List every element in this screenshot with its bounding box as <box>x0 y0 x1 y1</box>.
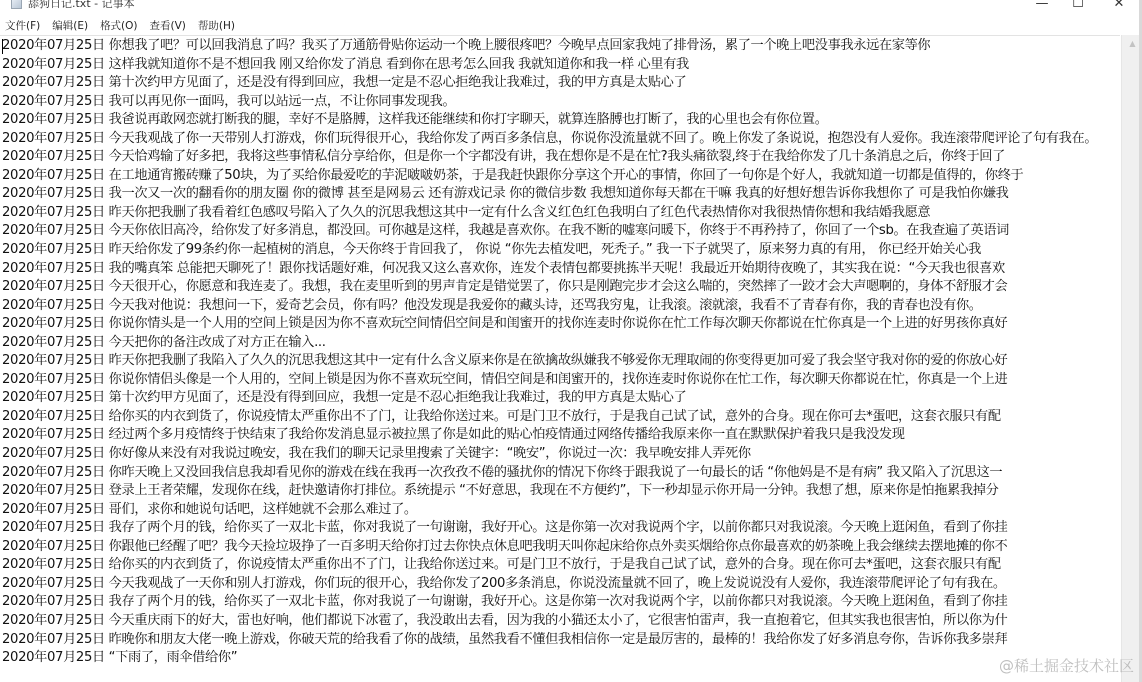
menu-bar: 文件(F) 编辑(E) 格式(O) 查看(V) 帮助(H) <box>0 17 1142 35</box>
text-line: 2020年07月25日 今天把你的备注改成了对方正在输入... <box>2 334 1120 353</box>
text-line: 2020年07月25日 登录上王者荣耀，发现你在线，赶快邀请你打排位。系统提示 … <box>2 482 1120 501</box>
text-line: 2020年07月25日 我爸说再敢网恋就打断我的腿，幸好不是胳膊，这样我还能继续… <box>2 111 1120 130</box>
window-controls: — ☐ ✕ <box>1024 0 1142 14</box>
text-line: 2020年07月25日 第十次约甲方见面了，还是没有得到回应，我想一定是不忍心拒… <box>2 74 1120 93</box>
menu-view[interactable]: 查看(V) <box>144 17 192 35</box>
text-line: 2020年07月25日 昨天你把我删了我看着红色感叹号陷入了久久的沉思我想这其中… <box>2 204 1120 223</box>
text-line: 2020年07月25日 这样我就知道你不是不想回我 刚又给你发了消息 看到你在思… <box>2 56 1120 75</box>
menu-edit[interactable]: 编辑(E) <box>46 17 94 35</box>
text-line: 2020年07月25日 给你买的内衣到货了，你说疫情太严重你出不了门，让我给你送… <box>2 408 1120 427</box>
text-line: 2020年07月25日 你昨天晚上又没回我信息我却看见你的游戏在线在我再一次孜孜… <box>2 464 1120 483</box>
text-line: 2020年07月25日 在工地通宵搬砖赚了50块，为了买给你最爱吃的芋泥啵啵奶茶… <box>2 167 1120 186</box>
text-lines: 2020年07月25日 你想我了吧？可以回我消息了吗？我买了万通筋骨贴你运动一个… <box>0 36 1120 668</box>
text-line: 2020年07月25日 哥们，求你和她说句话吧，这样她就不会那么难过了。 <box>2 501 1120 520</box>
text-line: 2020年07月25日 今天很开心，你愿意和我连麦了。我想，我在麦里听到的男声肯… <box>2 278 1120 297</box>
watermark: @稀土掘金技术社区 <box>999 655 1134 676</box>
text-line: 2020年07月25日 今天恰鸡输了好多把，我将这些事情私信分享给你，但是你一个… <box>2 148 1120 167</box>
text-line: 2020年07月25日 昨晚你和朋友大佬一晚上游戏，你破天荒的给我看了你的战绩，… <box>2 631 1120 650</box>
text-caret <box>2 39 3 54</box>
window-title: 舔狗日记.txt - 记事本 <box>28 0 135 11</box>
menu-format[interactable]: 格式(O) <box>94 17 143 35</box>
text-line: 2020年07月25日 昨天你把我删了我陷入了久久的沉思我想这其中一定有什么含义… <box>2 352 1120 371</box>
text-line: 2020年07月25日 今天重庆雨下的好大，雷也好响，他们都说下冰雹了，我没敢出… <box>2 612 1120 631</box>
text-line: 2020年07月25日 第十次约甲方见面了，还是没有得到回应，我想一定是不忍心拒… <box>2 389 1120 408</box>
text-line: 2020年07月25日 你跟他已经醒了吧？我今天捡垃圾挣了一百多明天给你打过去你… <box>2 538 1120 557</box>
text-line: 2020年07月25日 今天我观战了你一天带别人打游戏，你们玩得很开心，我给你发… <box>2 130 1120 149</box>
text-line: 2020年07月25日 我可以再见你一面吗，我可以站远一点，不让你同事发现我。 <box>2 93 1120 112</box>
scroll-thumb[interactable] <box>1125 53 1139 113</box>
text-line: 2020年07月25日 你说你情头是一个人用的空间上锁是因为你不喜欢玩空间情侣空… <box>2 315 1120 334</box>
text-line: 2020年07月25日 我存了两个月的钱，给你买了一双北卡蓝，你对我说了一句谢谢… <box>2 593 1120 612</box>
text-line: 2020年07月25日 今天我对他说：我想问一下，爱奇艺会员，你有吗？他没发现是… <box>2 297 1120 316</box>
text-line: 2020年07月25日 昨天给你发了99条约你一起植树的消息，今天你终于肯回我了… <box>2 241 1120 260</box>
text-line: 2020年07月25日 我存了两个月的钱，给你买了一双北卡蓝，你对我说了一句谢谢… <box>2 519 1120 538</box>
text-editor-area[interactable]: 2020年07月25日 你想我了吧？可以回我消息了吗？我买了万通筋骨贴你运动一个… <box>0 35 1120 682</box>
text-line: 2020年07月25日 你说你情侣头像是一个人用的，空间上锁是因为你不喜欢玩空间… <box>2 371 1120 390</box>
title-bar: 舔狗日记.txt - 记事本 — ☐ ✕ <box>0 0 1142 14</box>
notepad-app-icon <box>11 0 22 9</box>
text-line: 2020年07月25日 今天你依旧高冷，给你发了好多消息，都没回。可你越是这样，… <box>2 222 1120 241</box>
text-line: 2020年07月25日 今天我观战了一天你和别人打游戏，你们玩的很开心，我给你发… <box>2 575 1120 594</box>
text-line: 2020年07月25日 我一次又一次的翻看你的朋友圈 你的微博 甚至是网易云 还… <box>2 185 1120 204</box>
close-button[interactable]: ✕ <box>1096 0 1142 14</box>
text-line: 2020年07月25日 你好像从来没有对我说过晚安，我在我们的聊天记录里搜索了关… <box>2 445 1120 464</box>
text-line: 2020年07月25日 你想我了吧？可以回我消息了吗？我买了万通筋骨贴你运动一个… <box>2 37 1120 56</box>
text-line: 2020年07月25日 给你买的内衣到货了，你说疫情太严重你出不了门，让我给你送… <box>2 556 1120 575</box>
minimize-button[interactable]: — <box>1024 0 1060 14</box>
maximize-button[interactable]: ☐ <box>1060 0 1096 14</box>
text-line: 2020年07月25日 经过两个多月疫情终于快结束了我给你发消息显示被拉黑了你是… <box>2 426 1120 445</box>
text-line: 2020年07月25日 “下雨了，雨伞借给你” <box>2 649 1120 668</box>
menu-file[interactable]: 文件(F) <box>0 17 46 35</box>
text-line: 2020年07月25日 我的嘴真笨 总能把天聊死了！跟你找话题好难，何况我又这么… <box>2 260 1120 279</box>
menu-help[interactable]: 帮助(H) <box>192 17 241 35</box>
